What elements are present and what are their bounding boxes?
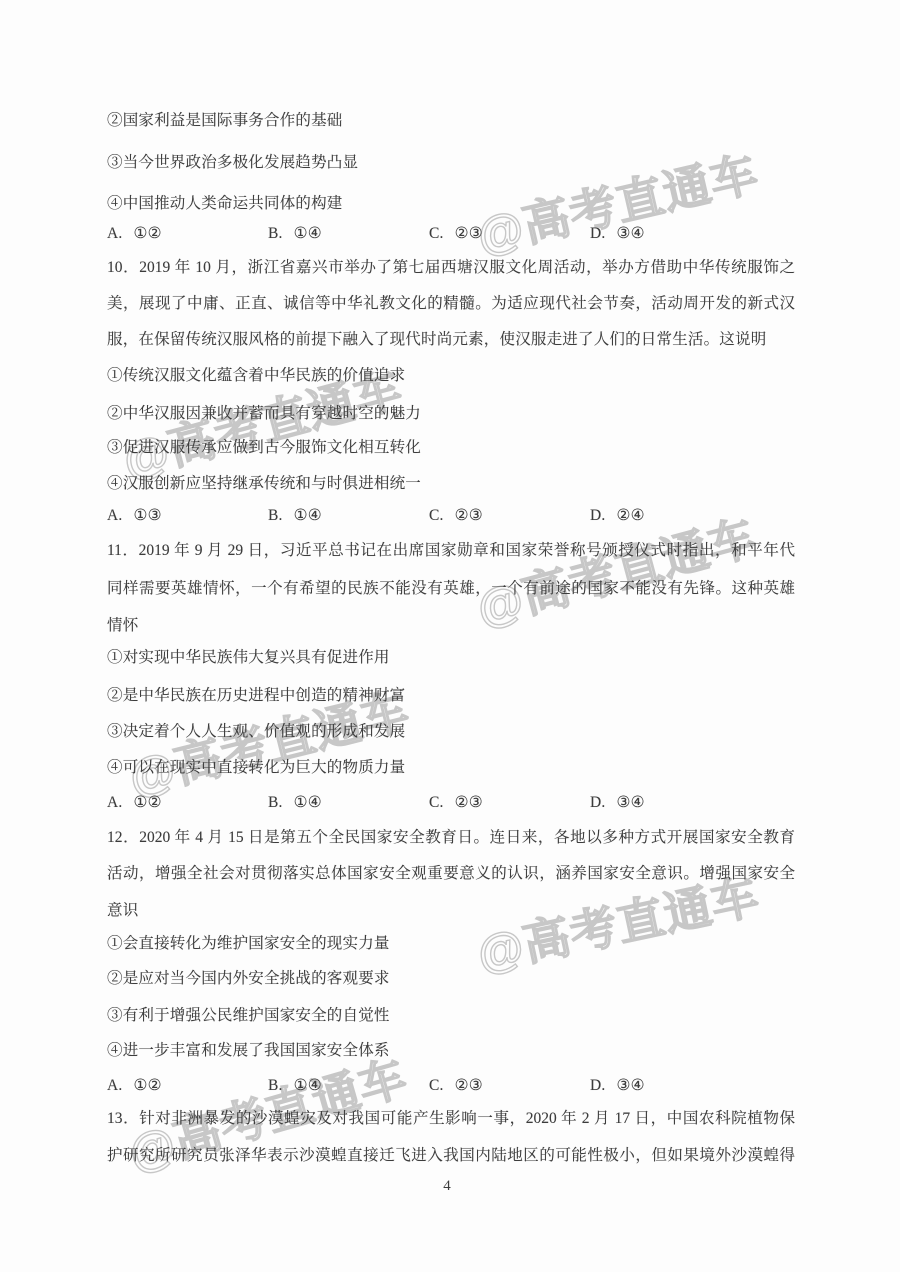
answer-option-numbers: ①② (133, 225, 161, 242)
answer-option-numbers: ②③ (455, 225, 483, 242)
q13-stem-1: 13．针对非洲暴发的沙漠蝗灾及对我国可能产生影响一事，2020 年 2 月 17… (107, 1108, 795, 1130)
answer-option-label: C. (429, 1077, 444, 1094)
answer-option-label: A. (107, 1077, 122, 1094)
answer-option: C.②③ (429, 223, 590, 245)
q10-answers: A.①③B.①④C.②③D.②④ (107, 505, 645, 527)
answer-option: C.②③ (429, 792, 590, 814)
answer-option: C.②③ (429, 505, 590, 527)
page-number: 4 (0, 1178, 894, 1195)
q12-option-2: ②是应对当今国内外安全挑战的客观要求 (107, 968, 390, 990)
answer-option: C.②③ (429, 1075, 590, 1097)
answer-option: A.①② (107, 1075, 268, 1097)
q13-stem-2: 护研究所研究员张泽华表示沙漠蝗直接迁飞进入我国内陆地区的可能性极小，但如果境外沙… (107, 1145, 795, 1167)
answer-option-numbers: ②④ (616, 507, 644, 524)
q12-stem-2: 活动，增强全社会对贯彻落实总体国家安全观重要意义的认识，涵养国家安全意识。增强国… (107, 863, 795, 885)
answer-option-label: B. (268, 225, 283, 242)
answer-option-label: A. (107, 225, 122, 242)
answer-option-numbers: ①④ (294, 794, 322, 811)
q11-option-3: ③决定着个人人生观、价值观的形成和发展 (107, 721, 405, 743)
q11-answers: A.①②B.①④C.②③D.③④ (107, 792, 645, 814)
q10-option-1: ①传统汉服文化蕴含着中华民族的价值追求 (107, 365, 405, 387)
answer-option: B.①④ (268, 1075, 429, 1097)
answer-option-label: A. (107, 794, 122, 811)
answer-option-numbers: ②③ (455, 1077, 483, 1094)
answer-option-numbers: ③④ (616, 1077, 644, 1094)
watermark: @高考直通车 (472, 147, 763, 262)
answer-option: D.③④ (590, 792, 645, 814)
exam-page: @高考直通车@高考直通车@高考直通车@高考直通车@高考直通车@高考直通车 ②国家… (0, 0, 900, 1272)
answer-option-numbers: ②③ (455, 507, 483, 524)
answer-option-numbers: ①③ (133, 507, 161, 524)
answer-option-label: B. (268, 1077, 283, 1094)
answer-option-label: D. (590, 507, 605, 524)
answer-option-label: C. (429, 794, 444, 811)
q10-stem-2: 美，展现了中庸、正直、诚信等中华礼教文化的精髓。为适应现代社会节奏，活动周开发的… (107, 293, 795, 315)
q11-stem-3: 情怀 (107, 615, 138, 637)
answer-option-label: B. (268, 794, 283, 811)
q12-option-4: ④进一步丰富和发展了我国国家安全体系 (107, 1040, 390, 1062)
q10-option-3: ③促进汉服传承应做到古今服饰文化相互转化 (107, 437, 421, 459)
q11-option-2: ②是中华民族在历史进程中创造的精神财富 (107, 685, 405, 707)
q11-stem-2: 同样需要英雄情怀，一个有希望的民族不能没有英雄，一个有前途的国家不能没有先锋。这… (107, 578, 795, 600)
answer-option-numbers: ①④ (294, 1077, 322, 1094)
q10-option-4: ④汉服创新应坚持继承传统和与时俱进相统一 (107, 473, 421, 495)
answer-option-numbers: ③④ (616, 794, 644, 811)
answer-option: D.③④ (590, 1075, 645, 1097)
watermark: @高考直通车 (473, 870, 764, 981)
q11-option-4: ④可以在现实中直接转化为巨大的物质力量 (107, 757, 405, 779)
answer-option-numbers: ①② (133, 1077, 161, 1094)
answer-option: A.①② (107, 223, 268, 245)
answer-option-label: B. (268, 507, 283, 524)
answer-option-label: A. (107, 507, 122, 524)
q12-stem-3: 意识 (107, 900, 138, 922)
answer-option: B.①④ (268, 505, 429, 527)
answer-option: A.①③ (107, 505, 268, 527)
q12-answers: A.①②B.①④C.②③D.③④ (107, 1075, 645, 1097)
answer-option-numbers: ③④ (616, 225, 644, 242)
q10-option-2: ②中华汉服因兼收并蓄而具有穿越时空的魅力 (107, 403, 421, 425)
q10-stem-3: 服，在保留传统汉服风格的前提下融入了现代时尚元素，使汉服走进了人们的日常生活。这… (107, 329, 766, 351)
q12-stem-1: 12．2020 年 4 月 15 日是第五个全民国家安全教育日。连日来，各地以多… (107, 827, 795, 849)
q9-option-3: ③当今世界政治多极化发展趋势凸显 (107, 152, 358, 174)
answer-option: D.②④ (590, 505, 645, 527)
answer-option-label: D. (590, 794, 605, 811)
answer-option-numbers: ①④ (294, 225, 322, 242)
q9-option-4: ④中国推动人类命运共同体的构建 (107, 193, 343, 215)
answer-option: B.①④ (268, 223, 429, 245)
answer-option-label: C. (429, 225, 444, 242)
answer-option-label: D. (590, 1077, 605, 1094)
q11-option-1: ①对实现中华民族伟大复兴具有促进作用 (107, 647, 390, 669)
answer-option: B.①④ (268, 792, 429, 814)
answer-option-label: D. (590, 225, 605, 242)
q9-answers: A.①②B.①④C.②③D.③④ (107, 223, 645, 245)
answer-option: A.①② (107, 792, 268, 814)
answer-option-numbers: ①④ (294, 507, 322, 524)
answer-option-numbers: ①② (133, 794, 161, 811)
answer-option: D.③④ (590, 223, 645, 245)
answer-option-numbers: ②③ (455, 794, 483, 811)
q12-option-3: ③有利于增强公民维护国家安全的自觉性 (107, 1005, 390, 1027)
answer-option-label: C. (429, 507, 444, 524)
watermark: @高考直通车 (471, 511, 762, 635)
q12-option-1: ①会直接转化为维护国家安全的现实力量 (107, 933, 390, 955)
q10-stem-1: 10．2019 年 10 月，浙江省嘉兴市举办了第七届西塘汉服文化周活动，举办方… (107, 257, 795, 279)
q11-stem-1: 11．2019 年 9 月 29 日，习近平总书记在出席国家勋章和国家荣誉称号颁… (107, 540, 795, 562)
q9-option-2: ②国家利益是国际事务合作的基础 (107, 110, 343, 132)
